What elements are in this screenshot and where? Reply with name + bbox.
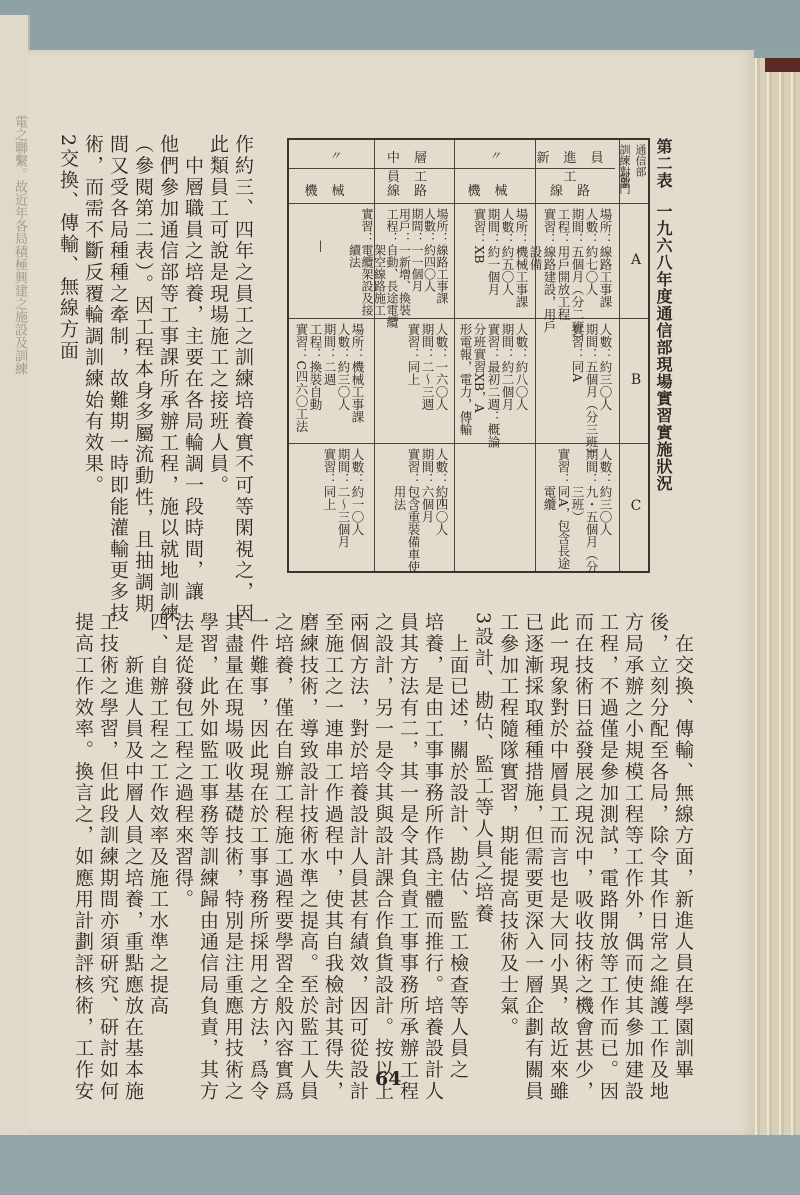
table-caption: 第二表一九六八年度通信部現場實習實施狀況	[654, 138, 672, 492]
dept-header-line: 線路	[535, 180, 619, 199]
table-cell: 場所：線路工事課 人數：約七〇人 期間：五個月（分二班） 工程：用戶開放工程 實…	[528, 208, 612, 316]
ditto-mark: 〃	[329, 147, 341, 164]
dept-header-line: 線路	[374, 180, 454, 199]
book-cover-edge	[765, 58, 800, 72]
corner-header-top: 通信部	[634, 144, 646, 177]
table-caption-label: 第二表	[654, 138, 673, 189]
body-text-lower: 在交換、傳輸、無線方面，新進人員在學園訓畢 後，立刻分配至各局，除令其作日常之維…	[70, 612, 720, 1062]
ditto-mark: 〃	[489, 147, 501, 164]
paragraph-line: 間又受各局種種之牽制，故難期一時即能灌輸更多技	[107, 134, 129, 624]
table-cell: 人數：約一〇人 期間：二〜三個月 實習：同上	[322, 448, 364, 568]
row-label-c: C	[622, 498, 650, 514]
paragraph-line: 學習，此外如監工事務等訓練歸由通信局負責，其方	[197, 612, 219, 1102]
table-cell: 場所：機械工事課 人數：約五〇人 期間：約一個月 實習：XB	[472, 208, 528, 316]
paragraph-line: 在交換、傳輸、無線方面，新進人員在學園訓畢	[672, 612, 694, 1081]
section-heading: 四、自辦工程之工作效率及施工水準之提高	[147, 612, 169, 1017]
table-cell: 人數：約四〇人 期間：六個月 實習：包含重裝備車使 用法	[392, 448, 448, 568]
paragraph-line: 培養，是由工事事務所作爲主體而推行。培養設計人	[422, 612, 444, 1102]
table-cell: —	[314, 240, 328, 253]
paragraph-line: 此一現象對於中層員工而言也是大同小異，故近來雖	[547, 612, 569, 1102]
paragraph-line: 新進人員及中層人員之培養，重點應放在基本施	[122, 612, 144, 1102]
dept-header-machine: 機械	[454, 180, 535, 199]
section-heading: 3設計、勘估、監工等人員之培養	[472, 612, 494, 925]
table-cell: 場所：線路工事課 人數：約四〇人 期間：一一個月 用戶：一新增、換裝 工程：自動…	[348, 208, 448, 316]
paragraph-line: 員其方法有二，其一是令其負責工事事務所承辦工程	[397, 612, 419, 1102]
background-top	[0, 0, 800, 55]
corner-header-bottom: 部門	[618, 172, 630, 194]
row-label-a: A	[622, 252, 650, 268]
table-cell: 人數：約三〇人 期間：九・五個月（分 三班） 實習：同A，包含長途 電纜	[542, 448, 612, 568]
col-divider	[374, 140, 375, 571]
paragraph-line: 之設計，另一是令其與設計課合作負貨設計。按以上	[372, 612, 394, 1102]
row-label-b: B	[622, 372, 650, 388]
paragraph-line: 此類員工可說是現場施工之接班人員。	[207, 134, 229, 496]
paragraph-line: 術，而需不斷反覆輪調訓練始有效果。	[82, 134, 104, 496]
dept-header-machine: 機械	[289, 180, 374, 199]
page-number: 64	[375, 1068, 401, 1090]
paragraph-line: 中層職員之培養，主要在各局輪調一段時間，讓	[182, 134, 204, 603]
table-cell: 人數：約八〇人 期間：約二個月 實習：最初二週：概論 分班實習XB，A 形電報，…	[458, 323, 528, 441]
paragraph-line: 上面已述，關於設計、勘估、監工檢查等人員之	[447, 612, 469, 1081]
paragraph-line: 方局承辦之小規模工程等工作外，偶而使其參加建設	[622, 612, 644, 1102]
row-divider	[289, 203, 648, 204]
previous-page-edge: 電之聯繫。故近年各局積極興建之施設及訓練	[0, 15, 30, 1135]
paragraph-line: 兩個方法，對於培養設計人員甚有績效，因可從設計	[347, 612, 369, 1102]
paragraph-line: 工技術之學習，但此段訓練期間亦須研究、研討如何	[97, 612, 119, 1102]
body-text-upper: 作約三、四年之員工之訓練培養實不可等閑視之，因 此類員工可說是現場施工之接班人員…	[55, 134, 280, 564]
table-cell: 場所：機械工事課 人數：約三〇人 期間：二週 工程：換裝自動 實習：C四六〇工法	[294, 323, 364, 441]
table-caption-title: 一九六八年度通信部現場實習實施狀況	[654, 203, 673, 492]
col-divider	[619, 140, 620, 571]
paragraph-line: 法是從發包工程之過程來習得。	[172, 612, 194, 910]
row-divider	[289, 318, 648, 319]
paragraph-line: 之培養，僅在自辦工程施工過程要學習全般內容實爲	[272, 612, 294, 1102]
paragraph-line: （參閱第二表）。因工程本身多屬流動性，且抽調期	[132, 134, 154, 614]
table-cell: 人數：一六〇人 期間：二〜三週 實習：同上	[406, 323, 448, 441]
previous-page-text: 電之聯繫。故近年各局積極興建之施設及訓練	[12, 115, 26, 1115]
col-divider	[454, 140, 455, 571]
paragraph-line: 一件難事，因此現在於工事事務所採用之方法，爲令	[247, 612, 269, 1102]
paragraph-line: 已逐漸採取種種措施，但需要更深入一層企劃有關員	[522, 612, 544, 1102]
table-cell: 人數：約三〇人 期間：五個月（分三班） 實習：同A	[570, 323, 612, 441]
section-heading: 2交換、傳輸、無線方面	[57, 134, 79, 361]
paragraph-line: 作約三、四年之員工之訓練培養實不可等閑視之，因	[232, 134, 254, 624]
paragraph-line: 至施工之一連串工作過程中，使其自我檢討其得失，	[322, 612, 344, 1102]
paragraph-line: 後，立刻分配至各局，除令其作日常之維護工作及地	[647, 612, 669, 1102]
paragraph-line: 他們參加通信部等工事課所承辦工程，施以就地訓練	[157, 134, 179, 624]
training-table: 訓練對象 通信部 部門 新進員工 〃 中層員工 〃 線路 機械 線路 機械 A …	[287, 138, 650, 573]
paragraph-line: 提高工作效率。換言之，如應用計劃評核術，工作安	[72, 612, 94, 1102]
paragraph-line: 而在技術日益發展之現況中，吸收技術之機會甚少，	[572, 612, 594, 1102]
background-bottom	[0, 1133, 800, 1195]
paragraph-line: 工參加工程隨隊實習，期能提高技術及士氣。	[497, 612, 519, 1038]
paragraph-line: 工程，不過僅是參加測試，電路開放等工作而已。因	[597, 612, 619, 1102]
col-divider	[535, 140, 536, 571]
paragraph-line: 其盡量在現場吸收基礎技術，特別是注重應用技術之	[222, 612, 244, 1102]
paragraph-line: 磨練技術，導致設計技術水準之提高。至於監工人員	[297, 612, 319, 1102]
